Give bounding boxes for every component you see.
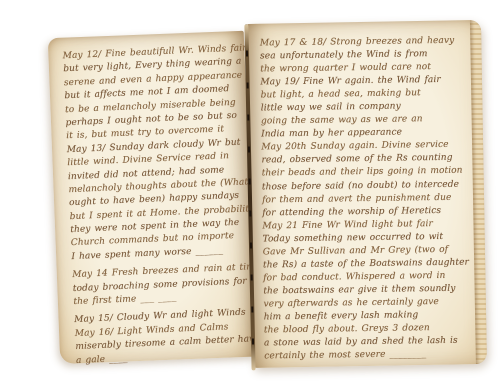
left-page: May 12/ Fine beautifull Wr. Winds fairbu… xyxy=(48,31,256,364)
left-page-text: May 12/ Fine beautifull Wr. Winds fairbu… xyxy=(62,43,269,369)
photo-background: May 12/ Fine beautifull Wr. Winds fairbu… xyxy=(0,0,500,391)
handwritten-line: certainly the most severe ________ xyxy=(264,349,470,365)
diary-book: May 12/ Fine beautifull Wr. Winds fairbu… xyxy=(48,18,487,379)
page-fore-edge xyxy=(470,20,487,364)
right-page: May 17 & 18/ Strong breezes and heavysea… xyxy=(247,20,487,368)
right-page-text: May 17 & 18/ Strong breezes and heavysea… xyxy=(260,36,471,365)
